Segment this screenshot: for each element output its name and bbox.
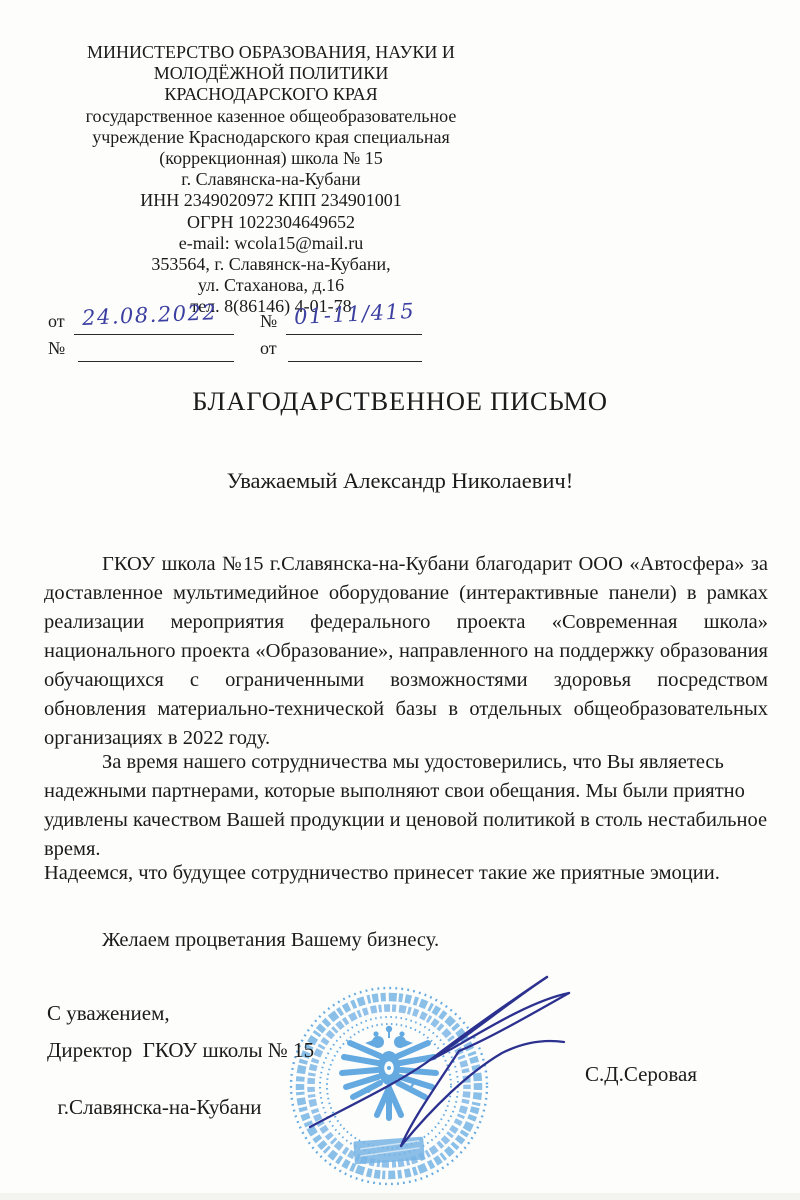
closing-position-line1: Директор ГКОУ школы № 15 — [47, 1038, 314, 1062]
letterhead-address-line: ул. Стаханова, д.16 — [40, 275, 502, 296]
closing-salutation: С уважением, — [47, 1001, 170, 1026]
paragraph-hope: Надеемся, что будущее сотрудничество при… — [44, 859, 768, 888]
paragraph-wish: Желаем процветания Вашему бизнесу. — [44, 926, 768, 955]
ref-underline — [78, 339, 234, 362]
letterhead: МИНИСТЕРСТВО ОБРАЗОВАНИЯ, НАУКИ И МОЛОДЁ… — [40, 42, 502, 318]
ref-underline — [288, 339, 422, 362]
ref-from-label-blank: от — [260, 338, 277, 359]
director-signature — [310, 977, 569, 1146]
letterhead-line: (коррекционная) школа № 15 — [40, 148, 502, 169]
closing-position: Директор ГКОУ школы № 15 г.Славянска-на-… — [47, 1036, 314, 1122]
letterhead-email: e-mail: wcola15@mail.ru — [40, 233, 502, 254]
paragraph-partnership: За время нашего сотрудничества мы удосто… — [44, 748, 768, 864]
letterhead-line: г. Славянска-на-Кубани — [40, 169, 502, 190]
scanned-letter-page: МИНИСТЕРСТВО ОБРАЗОВАНИЯ, НАУКИ И МОЛОДЁ… — [0, 0, 800, 1200]
double-headed-eagle-icon — [342, 1026, 436, 1118]
scan-edge-shadow — [0, 1193, 800, 1200]
letter-title: БЛАГОДАРСТВЕННОЕ ПИСЬМО — [0, 386, 800, 417]
official-stamp — [291, 988, 487, 1184]
letterhead-line: учреждение Краснодарского края специальн… — [40, 127, 502, 148]
letterhead-line: МИНИСТЕРСТВО ОБРАЗОВАНИЯ, НАУКИ И — [40, 42, 502, 63]
letterhead-line: государственное казенное общеобразовател… — [40, 106, 502, 127]
stamp-banner — [353, 1137, 424, 1165]
closing-position-line2: г.Славянска-на-Кубани — [58, 1095, 262, 1119]
ref-from-label: от — [48, 311, 65, 332]
letterhead-inn-kpp: ИНН 2349020972 КПП 234901001 — [40, 190, 502, 211]
greeting: Уважаемый Александр Николаевич! — [0, 468, 800, 494]
letterhead-address-line: 353564, г. Славянск-на-Кубани, — [40, 254, 502, 275]
signatory-name: С.Д.Серовая — [585, 1062, 697, 1087]
letterhead-ogrn: ОГРН 1022304649652 — [40, 212, 502, 233]
letterhead-line: КРАСНОДАРСКОГО КРАЯ — [40, 84, 502, 105]
letterhead-line: МОЛОДЁЖНОЙ ПОЛИТИКИ — [40, 63, 502, 84]
paragraph-gratitude: ГКОУ школа №15 г.Славянска-на-Кубани бла… — [44, 550, 768, 753]
ref-number-label: № — [260, 311, 277, 332]
ref-number-label-blank: № — [48, 338, 65, 359]
